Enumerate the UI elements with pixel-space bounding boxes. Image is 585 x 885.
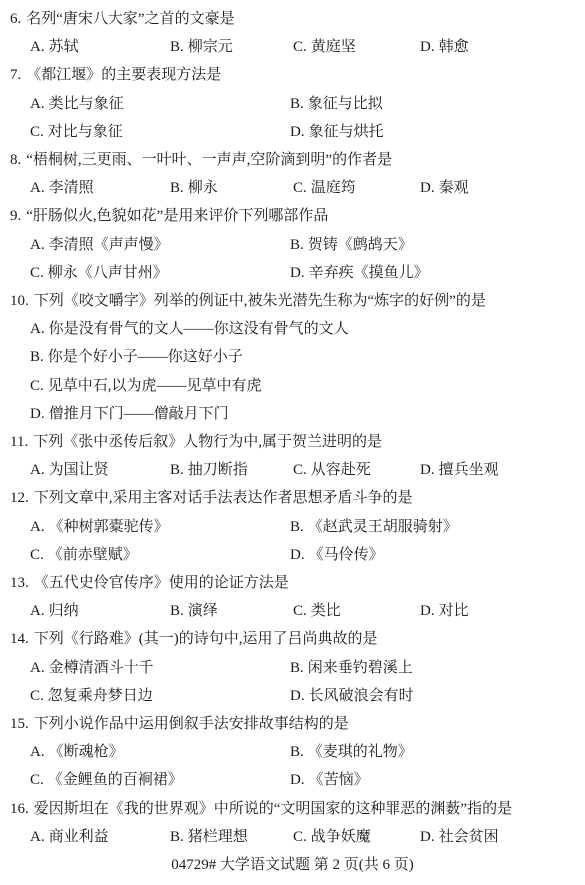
option-label: A.	[30, 39, 45, 55]
option-text: 社会贫困	[439, 829, 499, 845]
option-text: 商业利益	[49, 829, 109, 845]
option-group: A.金樽清酒斗十千B.闲来垂钓碧溪上C.忽复乘舟梦日边D.长风破浪会有时	[30, 654, 575, 710]
option-text: 演绎	[188, 603, 218, 619]
option-label: B.	[30, 349, 44, 365]
option-group: A.苏轼B.柳宗元C.黄庭坚D.韩愈	[30, 33, 575, 61]
option: A.《种树郭橐驼传》	[30, 513, 290, 541]
option-label: B.	[170, 603, 184, 619]
option-group: A.商业利益B.猪栏理想C.战争妖魔D.社会贫困	[30, 823, 575, 851]
option-label: C.	[30, 772, 44, 788]
option-label: B.	[290, 744, 304, 760]
option: D.韩愈	[420, 33, 575, 61]
question: 15.下列小说作品中运用倒叙手法安排故事结构的是A.《断魂枪》B.《麦琪的礼物》…	[10, 710, 575, 795]
option: C.温庭筠	[293, 174, 420, 202]
option: A.类比与象征	[30, 90, 290, 118]
option-label: B.	[290, 519, 304, 535]
question-stem: “梧桐树,三更雨、一叶叶、一声声,空阶滴到明”的作者是	[26, 152, 392, 168]
option-group: A.归纳B.演绎C.类比D.对比	[30, 597, 575, 625]
question-stem-line: 6.名列“唐宋八大家”之首的文豪是	[10, 5, 575, 33]
option: A.李清照《声声慢》	[30, 231, 290, 259]
option: B.演绎	[170, 597, 293, 625]
option-text: 抽刀断指	[188, 462, 248, 478]
option: B.柳永	[170, 174, 293, 202]
option-label: C.	[30, 265, 44, 281]
option: D.《苦恼》	[290, 766, 575, 794]
question-stem: 下列文章中,采用主客对话手法表达作者思想矛盾斗争的是	[34, 490, 413, 506]
option-text: 僧推月下门——僧敲月下门	[49, 406, 229, 422]
question: 6.名列“唐宋八大家”之首的文豪是A.苏轼B.柳宗元C.黄庭坚D.韩愈	[10, 5, 575, 61]
option: C.《前赤壁赋》	[30, 541, 290, 569]
option-label: C.	[293, 603, 307, 619]
option-label: B.	[290, 96, 304, 112]
option-label: D.	[30, 406, 45, 422]
question-stem: 下列《行路难》(其一)的诗句中,运用了吕尚典故的是	[34, 631, 378, 647]
question-number: 8.	[10, 152, 21, 168]
option-group: A.《种树郭橐驼传》B.《赵武灵王胡服骑射》C.《前赤壁赋》D.《马伶传》	[30, 513, 575, 569]
question: 16.爱因斯坦在《我的世界观》中所说的“文明国家的这种罪恶的渊薮”指的是A.商业…	[10, 795, 575, 851]
option: B.猪栏理想	[170, 823, 293, 851]
option: C.类比	[293, 597, 420, 625]
option-text: 温庭筠	[311, 180, 356, 196]
option-text: 对比	[439, 603, 469, 619]
option-text: 李清照《声声慢》	[49, 237, 169, 253]
option-text: 秦观	[439, 180, 469, 196]
option-label: A.	[30, 180, 45, 196]
option-label: B.	[170, 39, 184, 55]
option: B.闲来垂钓碧溪上	[290, 654, 575, 682]
option-text: 从容赴死	[311, 462, 371, 478]
option-group: A.类比与象征B.象征与比拟C.对比与象征D.象征与烘托	[30, 90, 575, 146]
option-text: 象征与烘托	[309, 124, 384, 140]
option-group: A.李清照《声声慢》B.贺铸《鹧鸪天》C.柳永《八声甘州》D.辛弃疾《摸鱼儿》	[30, 231, 575, 287]
option: A.为国让贤	[30, 456, 170, 484]
option-text: 柳宗元	[188, 39, 233, 55]
option: D.长风破浪会有时	[290, 682, 575, 710]
option-text: 《马伶传》	[309, 547, 384, 563]
option: C.见草中石,以为虎——见草中有虎	[30, 372, 575, 400]
question-number: 6.	[10, 11, 21, 27]
option-text: 《苦恼》	[309, 772, 369, 788]
option-text: 《种树郭橐驼传》	[49, 519, 169, 535]
option-text: 《前赤壁赋》	[48, 547, 138, 563]
option-group: A.《断魂枪》B.《麦琪的礼物》C.《金鲤鱼的百裥裙》D.《苦恼》	[30, 738, 575, 794]
option-label: D.	[290, 547, 305, 563]
option-text: 苏轼	[49, 39, 79, 55]
question-number: 12.	[10, 490, 29, 506]
question-number: 16.	[10, 801, 29, 817]
option: D.对比	[420, 597, 575, 625]
question: 10.下列《咬文嚼字》列举的例证中,被朱光潜先生称为“炼字的好例”的是A.你是没…	[10, 287, 575, 428]
question: 8.“梧桐树,三更雨、一叶叶、一声声,空阶滴到明”的作者是A.李清照B.柳永C.…	[10, 146, 575, 202]
option-label: D.	[420, 180, 435, 196]
question-stem-line: 12.下列文章中,采用主客对话手法表达作者思想矛盾斗争的是	[10, 484, 575, 512]
option-label: D.	[290, 265, 305, 281]
option-text: 《赵武灵王胡服骑射》	[308, 519, 458, 535]
question: 14.下列《行路难》(其一)的诗句中,运用了吕尚典故的是A.金樽清酒斗十千B.闲…	[10, 625, 575, 710]
option-text: 贺铸《鹧鸪天》	[308, 237, 413, 253]
option: C.《金鲤鱼的百裥裙》	[30, 766, 290, 794]
option-text: 擅兵坐观	[439, 462, 499, 478]
question: 12.下列文章中,采用主客对话手法表达作者思想矛盾斗争的是A.《种树郭橐驼传》B…	[10, 484, 575, 569]
question-number: 14.	[10, 631, 29, 647]
option: A.《断魂枪》	[30, 738, 290, 766]
question-number: 10.	[10, 293, 29, 309]
option-label: A.	[30, 744, 45, 760]
option-text: 忽复乘舟梦日边	[48, 688, 153, 704]
option: A.你是没有骨气的文人——你这没有骨气的文人	[30, 315, 575, 343]
option: D.僧推月下门——僧敲月下门	[30, 400, 575, 428]
option-text: 柳永《八声甘州》	[48, 265, 168, 281]
option-text: 闲来垂钓碧溪上	[308, 660, 413, 676]
option-label: A.	[30, 603, 45, 619]
option: B.《赵武灵王胡服骑射》	[290, 513, 575, 541]
question-stem: 下列小说作品中运用倒叙手法安排故事结构的是	[34, 716, 349, 732]
option-label: C.	[30, 688, 44, 704]
option: D.《马伶传》	[290, 541, 575, 569]
option-text: 猪栏理想	[188, 829, 248, 845]
option-text: 你是没有骨气的文人——你这没有骨气的文人	[49, 321, 349, 337]
option-label: D.	[290, 688, 305, 704]
option: D.秦观	[420, 174, 575, 202]
option-text: 韩愈	[439, 39, 469, 55]
question-stem-line: 11.下列《张中丞传后叙》人物行为中,属于贺兰进明的是	[10, 428, 575, 456]
option-label: A.	[30, 660, 45, 676]
option-label: D.	[420, 829, 435, 845]
question-stem-line: 9.“肝肠似火,色貌如花”是用来评价下列哪部作品	[10, 202, 575, 230]
option-group: A.你是没有骨气的文人——你这没有骨气的文人B.你是个好小子——你这好小子C.见…	[30, 315, 575, 428]
option: A.苏轼	[30, 33, 170, 61]
option-text: 你是个好小子——你这好小子	[48, 349, 243, 365]
question-stem-line: 13.《五代史伶官传序》使用的论证方法是	[10, 569, 575, 597]
option-label: B.	[290, 660, 304, 676]
option-text: 辛弃疾《摸鱼儿》	[309, 265, 429, 281]
option-label: D.	[290, 772, 305, 788]
option-text: 归纳	[49, 603, 79, 619]
option-label: B.	[170, 829, 184, 845]
option: C.对比与象征	[30, 118, 290, 146]
option-label: C.	[293, 39, 307, 55]
question-stem: 爱因斯坦在《我的世界观》中所说的“文明国家的这种罪恶的渊薮”指的是	[34, 801, 512, 817]
option-label: C.	[30, 124, 44, 140]
option-label: B.	[290, 237, 304, 253]
option: C.战争妖魔	[293, 823, 420, 851]
option-label: D.	[420, 462, 435, 478]
option-label: C.	[293, 829, 307, 845]
option-label: D.	[420, 603, 435, 619]
question-stem: 《五代史伶官传序》使用的论证方法是	[34, 575, 289, 591]
option-label: B.	[170, 462, 184, 478]
option: B.象征与比拟	[290, 90, 575, 118]
option-label: D.	[420, 39, 435, 55]
question-stem-line: 10.下列《咬文嚼字》列举的例证中,被朱光潜先生称为“炼字的好例”的是	[10, 287, 575, 315]
question-stem-line: 15.下列小说作品中运用倒叙手法安排故事结构的是	[10, 710, 575, 738]
option-label: A.	[30, 96, 45, 112]
option-text: 对比与象征	[48, 124, 123, 140]
question-stem-line: 7.《都江堰》的主要表现方法是	[10, 61, 575, 89]
option: D.擅兵坐观	[420, 456, 575, 484]
option-label: A.	[30, 829, 45, 845]
question-stem-line: 16.爱因斯坦在《我的世界观》中所说的“文明国家的这种罪恶的渊薮”指的是	[10, 795, 575, 823]
option-text: 柳永	[188, 180, 218, 196]
option-label: A.	[30, 321, 45, 337]
option: A.归纳	[30, 597, 170, 625]
option-text: 象征与比拟	[308, 96, 383, 112]
option: C.忽复乘舟梦日边	[30, 682, 290, 710]
option-text: 为国让贤	[49, 462, 109, 478]
page-footer: 04729# 大学语文试题 第 2 页(共 6 页)	[10, 851, 575, 879]
option: D.辛弃疾《摸鱼儿》	[290, 259, 575, 287]
question-stem: 名列“唐宋八大家”之首的文豪是	[26, 11, 234, 27]
option-label: B.	[170, 180, 184, 196]
option-text: 《断魂枪》	[49, 744, 124, 760]
option-text: 李清照	[49, 180, 94, 196]
option-text: 战争妖魔	[311, 829, 371, 845]
option: B.你是个好小子——你这好小子	[30, 343, 575, 371]
question-stem: 《都江堰》的主要表现方法是	[26, 67, 221, 83]
option: C.黄庭坚	[293, 33, 420, 61]
option: A.李清照	[30, 174, 170, 202]
option: D.象征与烘托	[290, 118, 575, 146]
option-text: 金樽清酒斗十千	[49, 660, 154, 676]
question-number: 15.	[10, 716, 29, 732]
option-label: C.	[30, 378, 44, 394]
exam-page: 6.名列“唐宋八大家”之首的文豪是A.苏轼B.柳宗元C.黄庭坚D.韩愈7.《都江…	[0, 0, 585, 879]
option-text: 类比	[311, 603, 341, 619]
question-number: 11.	[10, 434, 28, 450]
question-stem: 下列《咬文嚼字》列举的例证中,被朱光潜先生称为“炼字的好例”的是	[34, 293, 486, 309]
option: A.金樽清酒斗十千	[30, 654, 290, 682]
option-text: 黄庭坚	[311, 39, 356, 55]
question-stem: “肝肠似火,色貌如花”是用来评价下列哪部作品	[26, 208, 328, 224]
question: 13.《五代史伶官传序》使用的论证方法是A.归纳B.演绎C.类比D.对比	[10, 569, 575, 625]
option: B.《麦琪的礼物》	[290, 738, 575, 766]
option-label: C.	[293, 462, 307, 478]
option-group: A.为国让贤B.抽刀断指C.从容赴死D.擅兵坐观	[30, 456, 575, 484]
option-text: 《麦琪的礼物》	[308, 744, 413, 760]
option: C.从容赴死	[293, 456, 420, 484]
option-label: C.	[293, 180, 307, 196]
option-text: 见草中石,以为虎——见草中有虎	[48, 378, 262, 394]
option-text: 类比与象征	[49, 96, 124, 112]
option-text: 长风破浪会有时	[309, 688, 414, 704]
option: A.商业利益	[30, 823, 170, 851]
option: B.抽刀断指	[170, 456, 293, 484]
question-number: 9.	[10, 208, 21, 224]
question-list: 6.名列“唐宋八大家”之首的文豪是A.苏轼B.柳宗元C.黄庭坚D.韩愈7.《都江…	[10, 5, 575, 851]
question-stem-line: 14.下列《行路难》(其一)的诗句中,运用了吕尚典故的是	[10, 625, 575, 653]
question: 11.下列《张中丞传后叙》人物行为中,属于贺兰进明的是A.为国让贤B.抽刀断指C…	[10, 428, 575, 484]
option: C.柳永《八声甘州》	[30, 259, 290, 287]
option-group: A.李清照B.柳永C.温庭筠D.秦观	[30, 174, 575, 202]
option: B.贺铸《鹧鸪天》	[290, 231, 575, 259]
question-stem: 下列《张中丞传后叙》人物行为中,属于贺兰进明的是	[33, 434, 382, 450]
option-label: A.	[30, 462, 45, 478]
question-number: 13.	[10, 575, 29, 591]
option-label: A.	[30, 237, 45, 253]
question-number: 7.	[10, 67, 21, 83]
question: 7.《都江堰》的主要表现方法是A.类比与象征B.象征与比拟C.对比与象征D.象征…	[10, 61, 575, 146]
option-label: D.	[290, 124, 305, 140]
question-stem-line: 8.“梧桐树,三更雨、一叶叶、一声声,空阶滴到明”的作者是	[10, 146, 575, 174]
option-label: C.	[30, 547, 44, 563]
option-text: 《金鲤鱼的百裥裙》	[48, 772, 183, 788]
question: 9.“肝肠似火,色貌如花”是用来评价下列哪部作品A.李清照《声声慢》B.贺铸《鹧…	[10, 202, 575, 287]
option: B.柳宗元	[170, 33, 293, 61]
option: D.社会贫困	[420, 823, 575, 851]
option-label: A.	[30, 519, 45, 535]
